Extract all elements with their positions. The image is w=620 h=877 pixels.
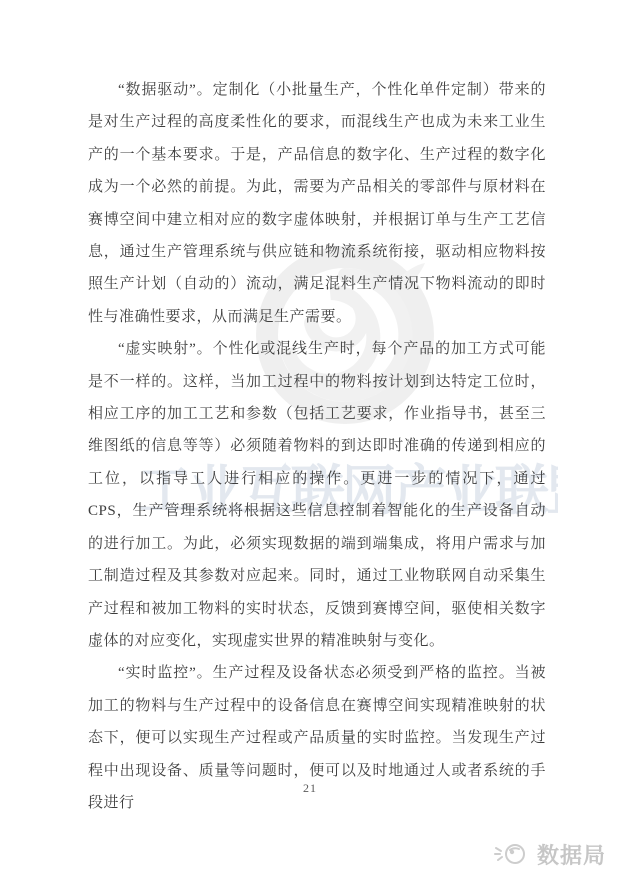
page-number: 21 [0,781,620,796]
paragraph-data-driven: “数据驱动”。定制化（小批量生产，个性化单件定制）带来的是对生产过程的高度柔性化… [88,74,546,333]
paragraph-virtual-real-mapping: “虚实映射”。个性化或混线生产时，每个产品的加工方式可能是不一样的。这样，当加工… [88,333,546,657]
brand-label: 数据局 [537,839,606,870]
footer-brand: 数据局 [492,838,606,870]
page-body-text: “数据驱动”。定制化（小批量生产，个性化单件定制）带来的是对生产过程的高度柔性化… [88,74,546,819]
brand-logo-icon [492,840,532,868]
document-page: 工业互联网产业联盟 “数据驱动”。定制化（小批量生产，个性化单件定制）带来的是对… [0,0,620,877]
